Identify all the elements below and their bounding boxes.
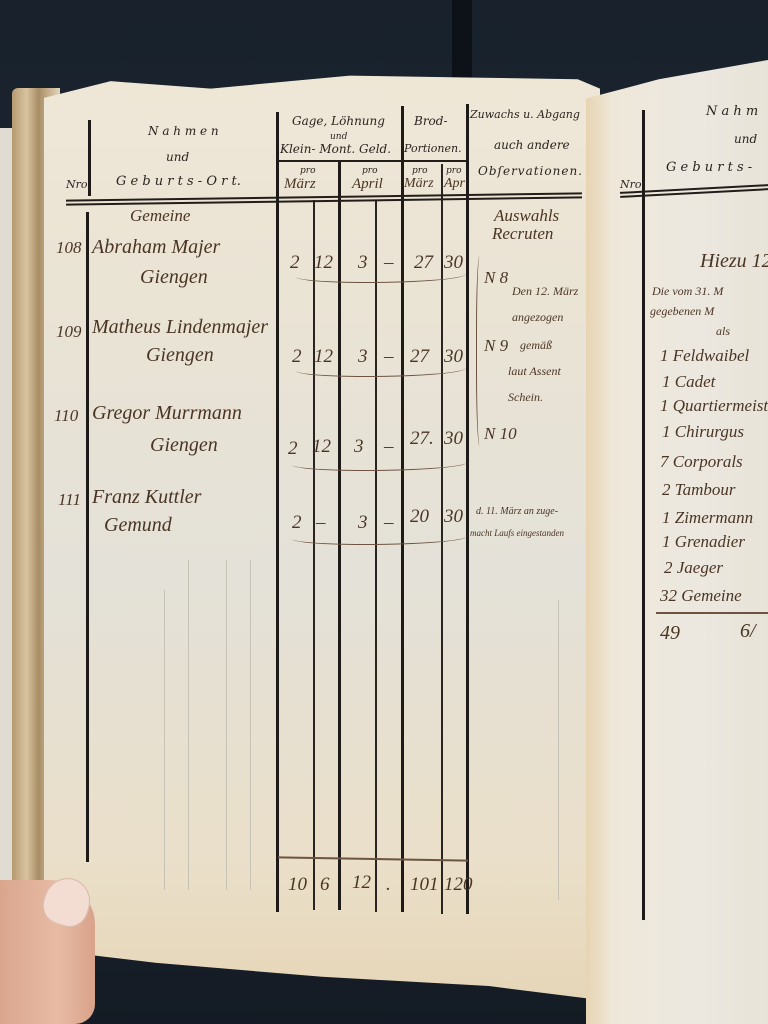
- cell-apr-gulden: 3: [354, 436, 364, 458]
- summary-title: Hiezu 120: [700, 250, 768, 273]
- total-mar-kreuzer: 6: [320, 874, 330, 896]
- header-obs-3: Obſervationen.: [478, 164, 583, 178]
- rule-mar-split: [313, 200, 315, 910]
- guide-line: [558, 600, 559, 900]
- rule-nro: [86, 212, 89, 862]
- header-pay-3: Klein- Mont. Geld.: [280, 142, 391, 156]
- rank-item: 7 Corporals: [660, 452, 743, 472]
- subcol-pro: pro: [412, 166, 427, 176]
- header-obs-2: auch andere: [494, 138, 570, 152]
- row-name: Gregor Murrmann: [92, 402, 242, 425]
- right-header-name-3: G e b u r t s -: [666, 160, 752, 175]
- summary-line: als: [716, 324, 730, 339]
- guide-line: [188, 560, 189, 890]
- subcol-month-apr: April: [352, 176, 383, 193]
- obs-note-line: gemäß: [520, 338, 552, 353]
- rank-item: 32 Gemeine: [660, 586, 742, 606]
- summary-line: gegebenen M: [650, 304, 714, 319]
- obs-group-title: Recruten: [492, 224, 553, 244]
- cell-apr-kreuzer: –: [384, 436, 394, 458]
- total-mar-gulden: 10: [288, 874, 307, 896]
- row-place: Giengen: [146, 344, 214, 367]
- right-header-name-1: N a h m: [706, 104, 758, 119]
- rule-bread-obs: [466, 104, 469, 914]
- right-header-nro: Nro.: [620, 178, 645, 191]
- header-name-2: und: [166, 150, 189, 164]
- right-header-name-2: und: [734, 132, 757, 146]
- rule-right-nro: [642, 110, 645, 920]
- rank-item: 1 Chirurgus: [662, 422, 744, 442]
- obs-brace: [476, 256, 485, 446]
- row-place: Giengen: [140, 266, 208, 289]
- obs-row111-note: macht Laufs eingestanden: [470, 528, 564, 538]
- header-pay-2: und: [330, 132, 347, 142]
- row-note: N 8: [484, 268, 508, 288]
- header-name-3: G e b u r t s - O r t.: [116, 174, 241, 189]
- row-note: N 10: [484, 424, 517, 444]
- obs-note-line: angezogen: [512, 310, 563, 325]
- row-name: Franz Kuttler: [92, 486, 201, 509]
- cell-bread-mar: 27.: [410, 428, 434, 450]
- total-apr-kreuzer: .: [386, 874, 391, 896]
- row-nro: 110: [54, 406, 78, 426]
- header-name-1: N a h m e n: [148, 124, 219, 138]
- subcol-pro: pro: [446, 166, 461, 176]
- obs-group-title: Auswahls: [494, 206, 559, 226]
- rank-item: 2 Tambour: [662, 480, 736, 500]
- total-bread-mar: 101: [410, 874, 439, 896]
- row-nro: 108: [56, 238, 82, 258]
- total-apr-gulden: 12: [352, 872, 371, 894]
- header-bread-1: Brod-: [414, 114, 448, 128]
- row-place: Giengen: [150, 434, 218, 457]
- rank-total: 49: [660, 622, 680, 645]
- cell-bread-mar: 20: [410, 506, 429, 528]
- total-bread-apr: 120: [444, 874, 473, 896]
- obs-note-line: Den 12. März: [512, 284, 578, 299]
- header-bread-2: Portionen.: [404, 142, 462, 155]
- subcol-pro: pro: [300, 166, 315, 176]
- subheader-rule: [278, 160, 466, 162]
- rule-name: [276, 112, 279, 912]
- row-note: N 9: [484, 336, 508, 356]
- rule-apr-split: [375, 200, 377, 912]
- row-nro: 111: [58, 490, 81, 510]
- obs-note-line: Schein.: [508, 390, 543, 405]
- rank-total-rule: [656, 612, 768, 614]
- guide-line: [250, 560, 251, 890]
- rank-item: 1 Feldwaibel: [660, 346, 749, 366]
- rank-item: 1 Cadet: [662, 372, 715, 392]
- row-name: Abraham Majer: [92, 236, 220, 259]
- rank-total-right: 6/: [740, 620, 756, 643]
- cell-bread-apr: 30: [444, 506, 463, 528]
- subcol-month-bread-apr: Apr: [444, 176, 465, 192]
- header-obs-1: Zuwachs u. Abgang: [470, 108, 580, 121]
- subcol-pro: pro: [362, 166, 377, 176]
- section-label: Gemeine: [130, 206, 190, 226]
- cell-bread-apr: 30: [444, 428, 463, 450]
- header-pay-1: Gage, Löhnung: [292, 114, 385, 128]
- rank-item: 1 Zimermann: [662, 508, 753, 528]
- obs-row111-note: d. 11. März an zuge-: [476, 506, 558, 517]
- row-nro: 109: [56, 322, 82, 342]
- header-nro: Nro.: [66, 178, 91, 191]
- subcol-month-mar: März: [284, 176, 316, 193]
- cell-mar-kreuzer: 12: [312, 436, 331, 458]
- rule-pay-bread: [401, 106, 404, 912]
- guide-line: [226, 560, 227, 890]
- summary-line: Die vom 31. M: [652, 284, 723, 299]
- rank-item: 2 Jaeger: [664, 558, 723, 578]
- obs-note-line: laut Assent: [508, 364, 561, 379]
- rank-item: 1 Quartiermeister: [660, 396, 768, 416]
- row-name: Matheus Lindenmajer: [92, 316, 268, 339]
- row-place: Gemund: [104, 514, 172, 537]
- subcol-month-bread-mar: März: [404, 176, 434, 192]
- guide-line: [164, 590, 165, 890]
- rank-item: 1 Grenadier: [662, 532, 745, 552]
